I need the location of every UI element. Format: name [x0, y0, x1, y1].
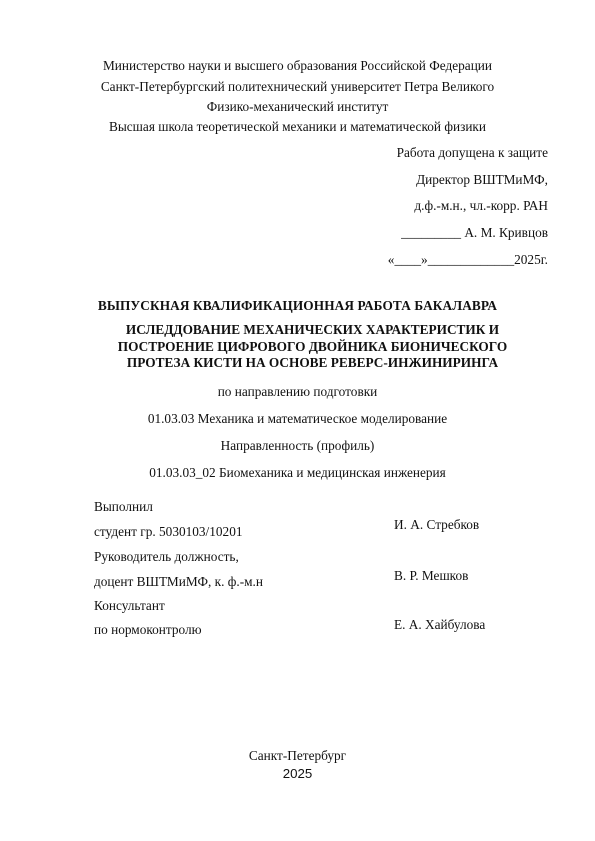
consultant-area: по нормоконтролю [94, 622, 202, 638]
director-degree: д.ф.-м.н., чл.-корр. РАН [414, 198, 548, 214]
thesis-topic: ИСЛЕДДОВАНИЕ МЕХАНИЧЕСКИХ ХАРАКТЕРИСТИК … [100, 322, 525, 372]
school-line: Высшая школа теоретической механики и ма… [0, 119, 595, 135]
direction-label: по направлению подготовки [0, 384, 595, 400]
director-signature: _________ А. М. Кривцов [401, 225, 548, 241]
admitted-to-defense: Работа допущена к защите [397, 145, 548, 161]
consultant-role: Консультант [94, 598, 165, 614]
supervisor-name: В. Р. Мешков [394, 568, 468, 584]
director-position: Директор ВШТМиМФ, [416, 172, 548, 188]
city: Санкт-Петербург [0, 748, 595, 764]
work-type-title: ВЫПУСКНАЯ КВАЛИФИКАЦИОННАЯ РАБОТА БАКАЛА… [0, 298, 595, 314]
student-role: Выполнил [94, 499, 153, 515]
profile-label: Направленность (профиль) [0, 438, 595, 454]
student-group: студент гр. 5030103/10201 [94, 524, 243, 540]
profile-value: 01.03.03_02 Биомеханика и медицинская ин… [0, 465, 595, 481]
university-line: Санкт-Петербургский политехнический унив… [0, 79, 595, 95]
supervisor-position: доцент ВШТМиМФ, к. ф.-м.н [94, 574, 263, 590]
institute-line: Физико-механический институт [0, 99, 595, 115]
ministry-line: Министерство науки и высшего образования… [0, 58, 595, 74]
approval-date: «____»_____________2025г. [388, 252, 548, 268]
year: 2025 [0, 766, 595, 781]
student-name: И. А. Стребков [394, 517, 479, 533]
supervisor-role: Руководитель должность, [94, 549, 239, 565]
direction-value: 01.03.03 Механика и математическое модел… [0, 411, 595, 427]
consultant-name: Е. А. Хайбулова [394, 617, 485, 633]
